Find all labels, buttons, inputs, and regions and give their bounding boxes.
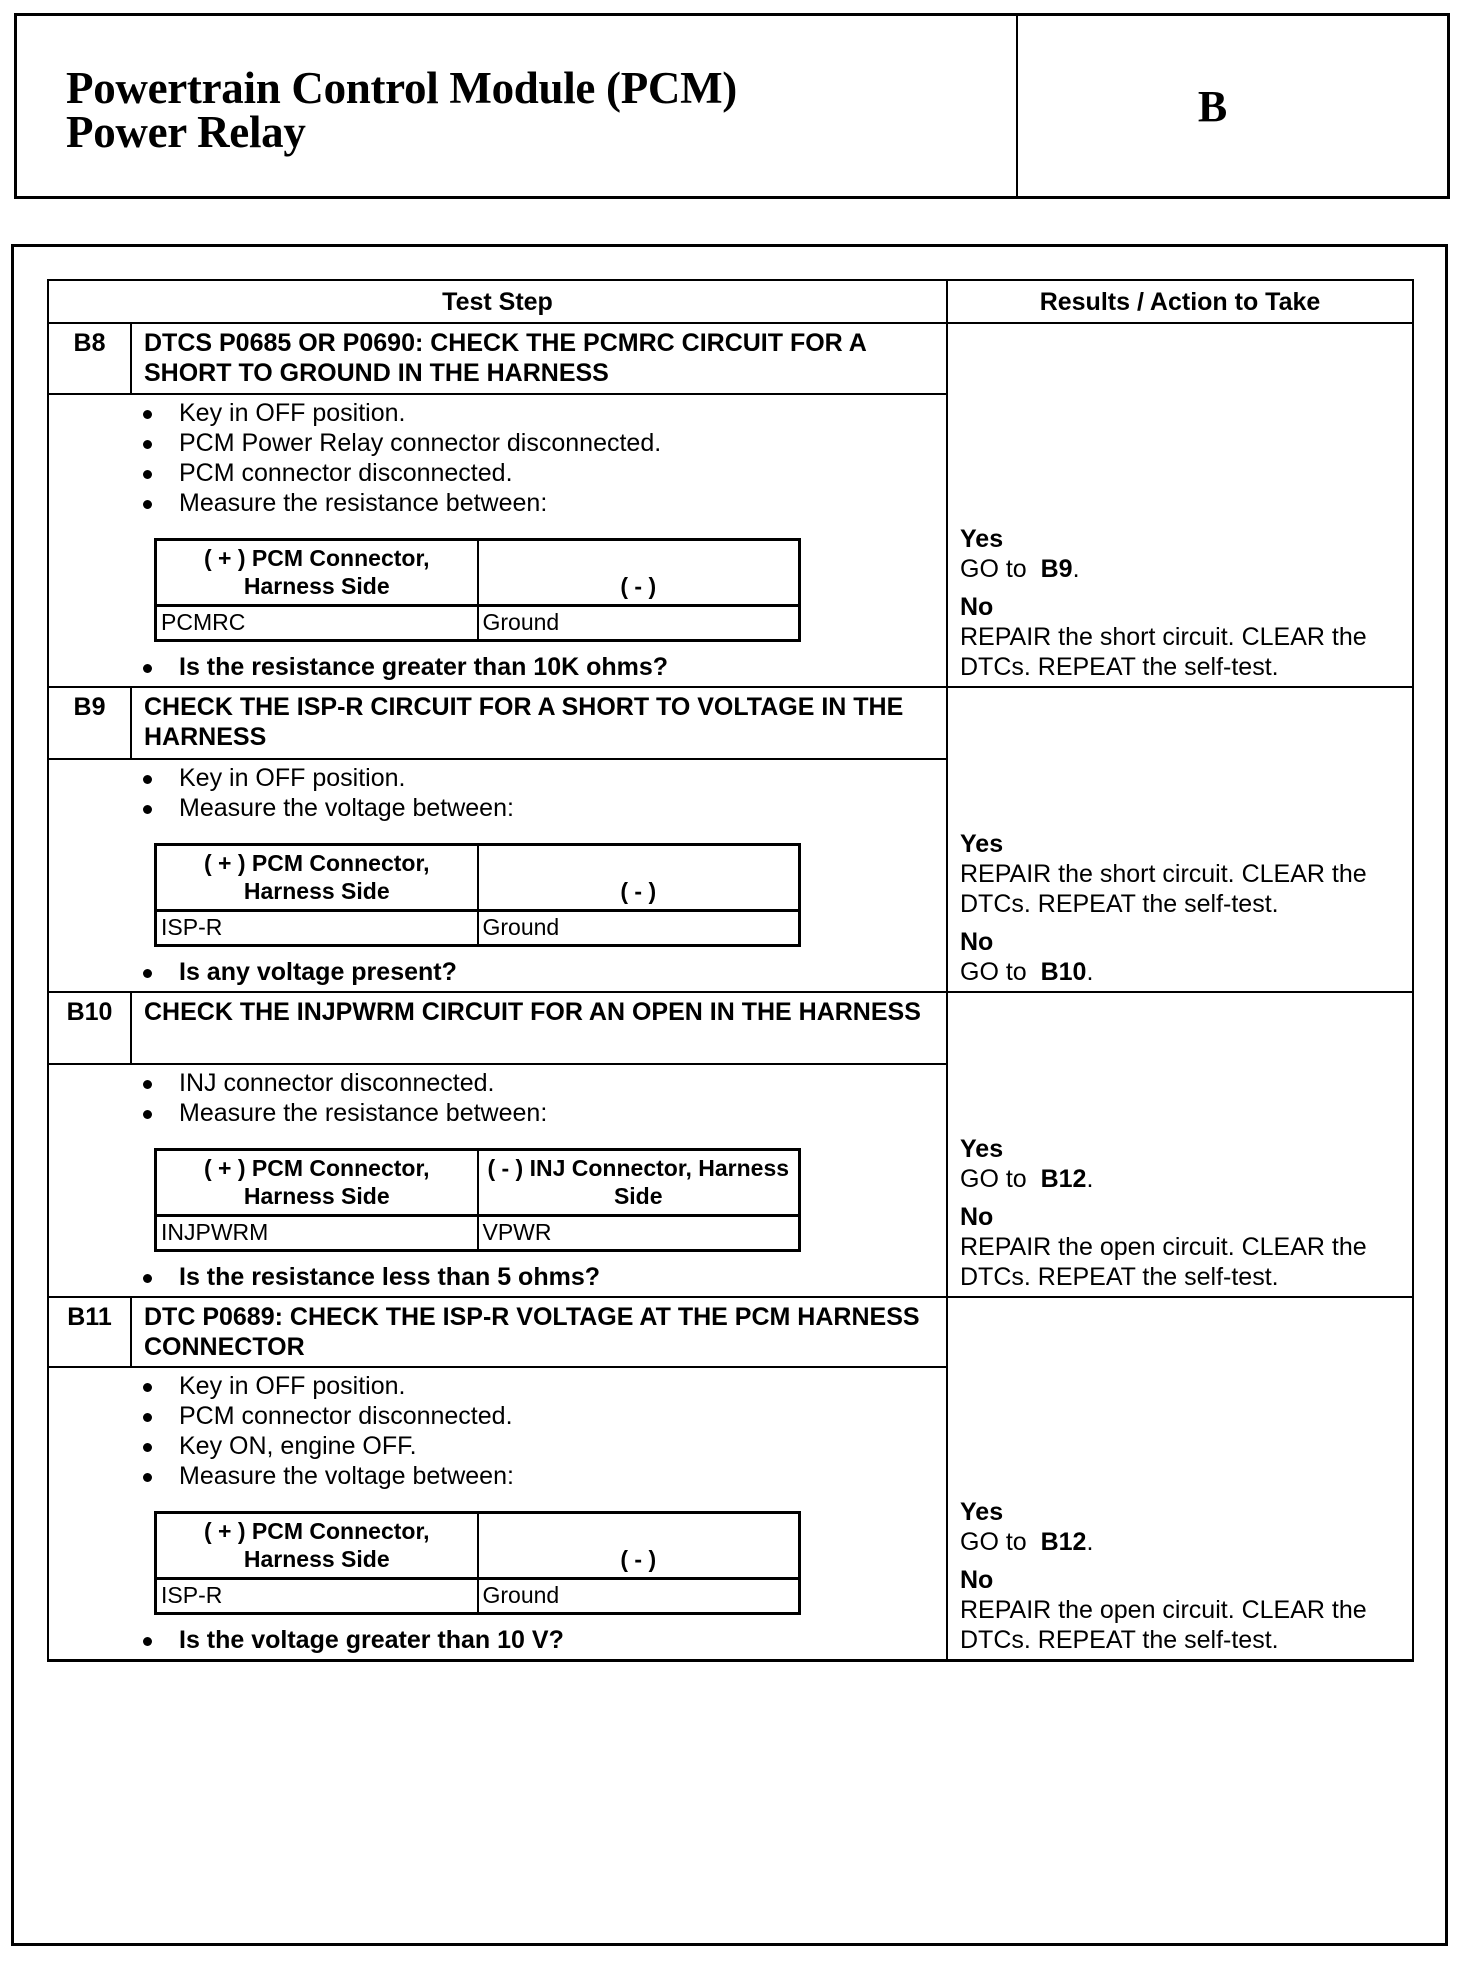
step-question: Is any voltage present? — [139, 957, 946, 987]
plus-lead-header: ( + ) PCM Connector, Harness Side — [156, 1150, 478, 1216]
result-no-label: No — [960, 1565, 1402, 1595]
result-yes-label: Yes — [960, 1134, 1402, 1164]
table-header-row: Test Step Results / Action to Take — [49, 281, 1412, 324]
instruction-list: INJ connector disconnected. Measure the … — [49, 1068, 946, 1128]
result-yes-label: Yes — [960, 524, 1402, 554]
step-number: B11 — [49, 1298, 132, 1366]
col-header-test-step: Test Step — [49, 281, 948, 322]
plus-lead-header: ( + ) PCM Connector, Harness Side — [156, 540, 478, 606]
instruction-list: Key in OFF position. PCM Power Relay con… — [49, 398, 946, 518]
step-number: B9 — [49, 688, 132, 758]
plus-lead-value: INJPWRM — [156, 1216, 478, 1251]
measurement-table: ( + ) PCM Connector, Harness Side ( - ) … — [154, 1148, 801, 1252]
test-step-cell: B9 CHECK THE ISP-R CIRCUIT FOR A SHORT T… — [49, 688, 948, 991]
results-cell: Yes REPAIR the short circuit. CLEAR the … — [948, 688, 1412, 991]
instruction-item: Measure the resistance between: — [139, 488, 946, 518]
step-body: Key in OFF position. Measure the voltage… — [49, 760, 946, 991]
result-no-action: GO to B10. — [960, 957, 1402, 987]
plus-lead-header: ( + ) PCM Connector, Harness Side — [156, 845, 478, 911]
measurement-table: ( + ) PCM Connector, Harness Side ( - ) … — [154, 538, 801, 642]
instruction-item: Key in OFF position. — [139, 763, 946, 793]
test-steps-table: Test Step Results / Action to Take B8 DT… — [47, 279, 1414, 1662]
result-no-label: No — [960, 927, 1402, 957]
minus-lead-header: ( - ) — [478, 845, 800, 911]
step-row-b9: B9 CHECK THE ISP-R CIRCUIT FOR A SHORT T… — [49, 688, 1412, 993]
step-row-b8: B8 DTCS P0685 OR P0690: CHECK THE PCMRC … — [49, 324, 1412, 688]
test-step-cell: B8 DTCS P0685 OR P0690: CHECK THE PCMRC … — [49, 324, 948, 686]
step-question: Is the resistance greater than 10K ohms? — [139, 652, 946, 682]
result-no-label: No — [960, 592, 1402, 622]
step-heading: B8 DTCS P0685 OR P0690: CHECK THE PCMRC … — [49, 324, 946, 395]
step-row-b10: B10 CHECK THE INJPWRM CIRCUIT FOR AN OPE… — [49, 993, 1412, 1298]
page-header: Powertrain Control Module (PCM) Power Re… — [14, 13, 1450, 199]
result-yes-action: REPAIR the short circuit. CLEAR the DTCs… — [960, 859, 1402, 919]
minus-lead-value: Ground — [478, 1579, 800, 1614]
step-title: CHECK THE ISP-R CIRCUIT FOR A SHORT TO V… — [132, 688, 946, 758]
instruction-item: PCM connector disconnected. — [139, 1401, 946, 1431]
goto-step-link[interactable]: B9 — [1041, 555, 1073, 583]
measurement-table: ( + ) PCM Connector, Harness Side ( - ) … — [154, 843, 801, 947]
step-row-b11: B11 DTC P0689: CHECK THE ISP-R VOLTAGE A… — [49, 1298, 1412, 1659]
step-title: CHECK THE INJPWRM CIRCUIT FOR AN OPEN IN… — [132, 993, 946, 1063]
result-yes-action: GO to B9. — [960, 554, 1402, 584]
plus-lead-value: PCMRC — [156, 606, 478, 641]
goto-step-link[interactable]: B12 — [1041, 1165, 1087, 1193]
punctuation: . — [1086, 1528, 1093, 1556]
step-heading: B10 CHECK THE INJPWRM CIRCUIT FOR AN OPE… — [49, 993, 946, 1065]
plus-lead-value: ISP-R — [156, 911, 478, 946]
result-yes-action: GO to B12. — [960, 1164, 1402, 1194]
yes-action-text: GO to — [960, 555, 1027, 583]
result-no-action: REPAIR the open circuit. CLEAR the DTCs.… — [960, 1232, 1402, 1292]
punctuation: . — [1073, 555, 1080, 583]
step-title: DTC P0689: CHECK THE ISP-R VOLTAGE AT TH… — [132, 1298, 946, 1366]
instruction-item: INJ connector disconnected. — [139, 1068, 946, 1098]
step-body: INJ connector disconnected. Measure the … — [49, 1065, 946, 1296]
page-title: Powertrain Control Module (PCM) Power Re… — [17, 16, 1018, 196]
punctuation: . — [1086, 958, 1093, 986]
measurement-table: ( + ) PCM Connector, Harness Side ( - ) … — [154, 1511, 801, 1615]
step-number: B10 — [49, 993, 132, 1063]
yes-action-text: GO to — [960, 1528, 1027, 1556]
minus-lead-header: ( - ) — [478, 1513, 800, 1579]
step-body: Key in OFF position. PCM Power Relay con… — [49, 395, 946, 686]
minus-lead-value: Ground — [478, 606, 800, 641]
result-no-label: No — [960, 1202, 1402, 1232]
step-heading: B11 DTC P0689: CHECK THE ISP-R VOLTAGE A… — [49, 1298, 946, 1368]
step-question: Is the resistance less than 5 ohms? — [139, 1262, 946, 1292]
minus-lead-value: VPWR — [478, 1216, 800, 1251]
step-heading: B9 CHECK THE ISP-R CIRCUIT FOR A SHORT T… — [49, 688, 946, 760]
instruction-list: Key in OFF position. PCM connector disco… — [49, 1371, 946, 1491]
minus-lead-header: ( - ) — [478, 540, 800, 606]
instruction-item: PCM Power Relay connector disconnected. — [139, 428, 946, 458]
results-cell: Yes GO to B12. No REPAIR the open circui… — [948, 993, 1412, 1296]
question-list: Is the voltage greater than 10 V? — [49, 1625, 946, 1655]
step-body: Key in OFF position. PCM connector disco… — [49, 1368, 946, 1659]
step-number: B8 — [49, 324, 132, 393]
question-list: Is any voltage present? — [49, 957, 946, 987]
col-header-results: Results / Action to Take — [948, 281, 1412, 322]
instruction-item: Key in OFF position. — [139, 1371, 946, 1401]
result-yes-action: GO to B12. — [960, 1527, 1402, 1557]
instruction-item: Key in OFF position. — [139, 398, 946, 428]
minus-lead-value: Ground — [478, 911, 800, 946]
step-title: DTCS P0685 OR P0690: CHECK THE PCMRC CIR… — [132, 324, 946, 393]
instruction-item: PCM connector disconnected. — [139, 458, 946, 488]
plus-lead-header: ( + ) PCM Connector, Harness Side — [156, 1513, 478, 1579]
section-letter: B — [1018, 16, 1447, 196]
title-line-2: Power Relay — [66, 110, 1016, 154]
test-step-cell: B11 DTC P0689: CHECK THE ISP-R VOLTAGE A… — [49, 1298, 948, 1659]
instruction-list: Key in OFF position. Measure the voltage… — [49, 763, 946, 823]
title-line-1: Powertrain Control Module (PCM) — [66, 66, 1016, 110]
minus-lead-header: ( - ) INJ Connector, Harness Side — [478, 1150, 800, 1216]
result-no-action: REPAIR the short circuit. CLEAR the DTCs… — [960, 622, 1402, 682]
instruction-item: Key ON, engine OFF. — [139, 1431, 946, 1461]
plus-lead-value: ISP-R — [156, 1579, 478, 1614]
results-cell: Yes GO to B9. No REPAIR the short circui… — [948, 324, 1412, 686]
yes-action-text: GO to — [960, 1165, 1027, 1193]
result-yes-label: Yes — [960, 829, 1402, 859]
results-cell: Yes GO to B12. No REPAIR the open circui… — [948, 1298, 1412, 1659]
goto-step-link[interactable]: B10 — [1041, 958, 1087, 986]
instruction-item: Measure the resistance between: — [139, 1098, 946, 1128]
instruction-item: Measure the voltage between: — [139, 793, 946, 823]
step-question: Is the voltage greater than 10 V? — [139, 1625, 946, 1655]
question-list: Is the resistance greater than 10K ohms? — [49, 652, 946, 682]
goto-step-link[interactable]: B12 — [1041, 1528, 1087, 1556]
no-action-text: GO to — [960, 958, 1027, 986]
question-list: Is the resistance less than 5 ohms? — [49, 1262, 946, 1292]
test-step-cell: B10 CHECK THE INJPWRM CIRCUIT FOR AN OPE… — [49, 993, 948, 1296]
instruction-item: Measure the voltage between: — [139, 1461, 946, 1491]
punctuation: . — [1086, 1165, 1093, 1193]
result-yes-label: Yes — [960, 1497, 1402, 1527]
result-no-action: REPAIR the open circuit. CLEAR the DTCs.… — [960, 1595, 1402, 1655]
